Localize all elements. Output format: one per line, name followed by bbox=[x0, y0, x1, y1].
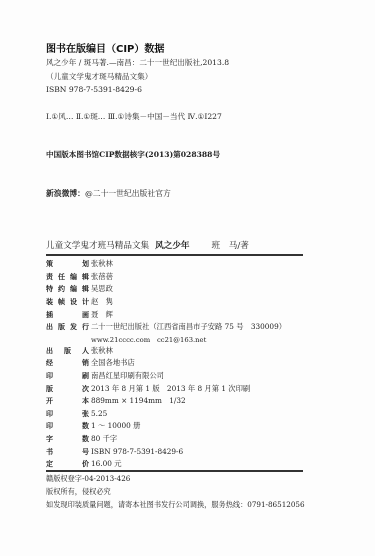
credit-label: 版次 bbox=[46, 384, 89, 394]
credit-value: 吴思政 bbox=[91, 284, 113, 294]
credit-value: 80 千字 bbox=[91, 434, 117, 444]
credit-value: 南昌红星印刷有限公司 bbox=[91, 371, 164, 381]
credit-label-char: 次 bbox=[82, 384, 89, 394]
credit-label-char: 编 bbox=[70, 284, 77, 294]
credit-label-char: 本 bbox=[82, 396, 89, 406]
credit-label-char: 版 bbox=[58, 322, 65, 332]
credit-label-char: 约 bbox=[58, 284, 65, 294]
credit-label: 印张 bbox=[46, 409, 89, 419]
credit-value: 2013 年 8 月第 1 版 2013 年 8 月第 1 次印刷 bbox=[91, 384, 250, 394]
cip-line-series: （儿童文学鬼才斑马精品文集） bbox=[46, 71, 152, 82]
credit-label-char: 号 bbox=[82, 447, 89, 457]
credit-label-char: 出 bbox=[46, 346, 53, 356]
credit-row: 出版发行二十一世纪出版社（江西省南昌市子安路 75 号 330009） bbox=[46, 321, 316, 334]
credit-value: www.21cccc.com cc21@163.net bbox=[91, 334, 206, 344]
credits-list: 策划张秋林责任编辑张蓓蓓特约编辑吴思政装帧设计赵 隽插画聂 辉出版发行二十一世纪… bbox=[46, 258, 316, 471]
series-header: 儿童文学鬼才班马精品文集风之少年班 马/著 bbox=[46, 239, 249, 251]
credit-value: 889mm × 1194mm 1/32 bbox=[91, 396, 186, 406]
credit-row: 特约编辑吴思政 bbox=[46, 283, 316, 296]
header-divider bbox=[46, 254, 303, 256]
credit-label: 策划 bbox=[46, 259, 89, 269]
credit-label-char: 行 bbox=[82, 322, 89, 332]
credit-row: 开本889mm × 1194mm 1/32 bbox=[46, 395, 316, 408]
credit-label-char: 发 bbox=[70, 322, 77, 332]
credit-label-char: 帧 bbox=[58, 297, 65, 307]
credit-label-char: 定 bbox=[46, 459, 53, 469]
credit-label-char: 画 bbox=[82, 310, 89, 320]
credit-row: 插画聂 辉 bbox=[46, 308, 316, 321]
credit-value: 张蓓蓓 bbox=[91, 272, 113, 282]
credit-label-char: 插 bbox=[46, 310, 53, 320]
credit-label-char: 划 bbox=[82, 259, 89, 269]
credit-row: 印刷南昌红星印刷有限公司 bbox=[46, 370, 316, 383]
credit-label: 书号 bbox=[46, 447, 89, 457]
credit-label: 字数 bbox=[46, 434, 89, 444]
credit-label-char: 印 bbox=[46, 371, 53, 381]
credit-label-char: 任 bbox=[58, 272, 65, 282]
rights-notice: 版权所有，侵权必究 bbox=[46, 487, 111, 497]
credit-label-char: 出 bbox=[46, 322, 53, 332]
credit-label: 印数 bbox=[46, 421, 89, 431]
credit-value: 张秋林 bbox=[91, 259, 113, 269]
credit-row: 责任编辑张蓓蓓 bbox=[46, 271, 316, 284]
cip-line-isbn: ISBN 978-7-5391-8429-6 bbox=[46, 85, 142, 94]
credit-label-char: 辑 bbox=[82, 272, 89, 282]
credit-row: 定价16.00 元 bbox=[46, 458, 316, 471]
credit-label-char: 字 bbox=[46, 434, 53, 444]
credit-label-char: 编 bbox=[70, 272, 77, 282]
credit-label-char: 书 bbox=[46, 447, 53, 457]
credit-label-char: 版 bbox=[64, 346, 71, 356]
service-notice: 如发现印装质量问题，请寄本社图书发行公司调换，服务热线：0791-8651205… bbox=[46, 500, 305, 510]
credit-label-char: 责 bbox=[46, 272, 53, 282]
credit-row: 书号ISBN 978-7-5391-8429-6 bbox=[46, 445, 316, 458]
credit-label-char: 人 bbox=[82, 346, 89, 356]
copyright-registration: 赣版权登字-04-2013-426 bbox=[46, 474, 130, 484]
credit-label: 印刷 bbox=[46, 371, 89, 381]
cip-title: 图书在版编目（CIP）数据 bbox=[46, 40, 164, 55]
credit-label-char: 印 bbox=[46, 409, 53, 419]
author-credit: 班 马/著 bbox=[212, 241, 249, 251]
credit-label-char: 价 bbox=[82, 459, 89, 469]
credit-label-char: 计 bbox=[82, 297, 89, 307]
weibo-line: 新浪微博：@二十一世纪出版社官方 bbox=[46, 188, 171, 199]
credit-label: 特约编辑 bbox=[46, 284, 89, 294]
cip-record-number: 中国版本图书馆CIP数据核字(2013)第028388号 bbox=[46, 149, 220, 160]
credit-value: 全国各地书店 bbox=[91, 358, 135, 368]
credit-label-char: 销 bbox=[82, 358, 89, 368]
credit-label: 装帧设计 bbox=[46, 297, 89, 307]
credit-label: 插画 bbox=[46, 310, 89, 320]
credit-value: 1 ～ 10000 册 bbox=[91, 421, 140, 431]
credit-label: 定价 bbox=[46, 459, 89, 469]
credit-label-char: 开 bbox=[46, 396, 53, 406]
credit-row: 经销全国各地书店 bbox=[46, 357, 316, 370]
credit-label-char: 数 bbox=[82, 434, 89, 444]
credit-label-char: 张 bbox=[82, 409, 89, 419]
credit-label-char: 特 bbox=[46, 284, 53, 294]
credit-label: 出版发行 bbox=[46, 322, 89, 332]
credit-label: 责任编辑 bbox=[46, 272, 89, 282]
credit-label: 经销 bbox=[46, 358, 89, 368]
book-title: 风之少年 bbox=[155, 241, 189, 251]
credit-label-char: 经 bbox=[46, 358, 53, 368]
credit-label-char: 辑 bbox=[82, 284, 89, 294]
credit-label-char: 印 bbox=[46, 421, 53, 431]
credit-row: 装帧设计赵 隽 bbox=[46, 296, 316, 309]
credit-label-char: 装 bbox=[46, 297, 53, 307]
credit-row: 出版人张秋林 bbox=[46, 345, 316, 358]
cip-classification: Ⅰ.①风… Ⅱ.①斑… Ⅲ.①诗集－中国－当代 Ⅳ.①I227 bbox=[46, 111, 222, 122]
credit-value: 赵 隽 bbox=[91, 297, 113, 307]
credit-label-char: 版 bbox=[46, 384, 53, 394]
credit-value: 聂 辉 bbox=[91, 310, 113, 320]
credit-label-char: 刷 bbox=[82, 371, 89, 381]
credit-value: 二十一世纪出版社（江西省南昌市子安路 75 号 330009） bbox=[91, 322, 286, 332]
weibo-label: 新浪微博： bbox=[46, 189, 85, 198]
copyright-page: 图书在版编目（CIP）数据 风之少年 / 斑马著.—南昌：二十一世纪出版社,20… bbox=[0, 0, 375, 556]
credit-label: 开本 bbox=[46, 396, 89, 406]
weibo-handle: @二十一世纪出版社官方 bbox=[85, 189, 171, 198]
credit-label-char: 设 bbox=[70, 297, 77, 307]
footer-divider bbox=[46, 470, 303, 472]
credit-label-char: 数 bbox=[82, 421, 89, 431]
credit-row: 印数1 ～ 10000 册 bbox=[46, 420, 316, 433]
credit-label: 出版人 bbox=[46, 346, 89, 356]
credit-row: 版次2013 年 8 月第 1 版 2013 年 8 月第 1 次印刷 bbox=[46, 382, 316, 395]
credit-value: 16.00 元 bbox=[91, 459, 122, 469]
credit-value: ISBN 978-7-5391-8429-6 bbox=[91, 447, 183, 456]
credit-label-char: 策 bbox=[46, 259, 53, 269]
series-name: 儿童文学鬼才班马精品文集 bbox=[46, 241, 149, 251]
credit-row: 字数80 千字 bbox=[46, 433, 316, 446]
credit-value: 5.25 bbox=[91, 409, 107, 418]
credit-row: www.21cccc.com cc21@163.net bbox=[46, 334, 316, 345]
credit-row: 印张5.25 bbox=[46, 408, 316, 421]
credit-value: 张秋林 bbox=[91, 346, 113, 356]
credit-row: 策划张秋林 bbox=[46, 258, 316, 271]
cip-line-title-author: 风之少年 / 斑马著.—南昌：二十一世纪出版社,2013.8 bbox=[46, 57, 229, 68]
